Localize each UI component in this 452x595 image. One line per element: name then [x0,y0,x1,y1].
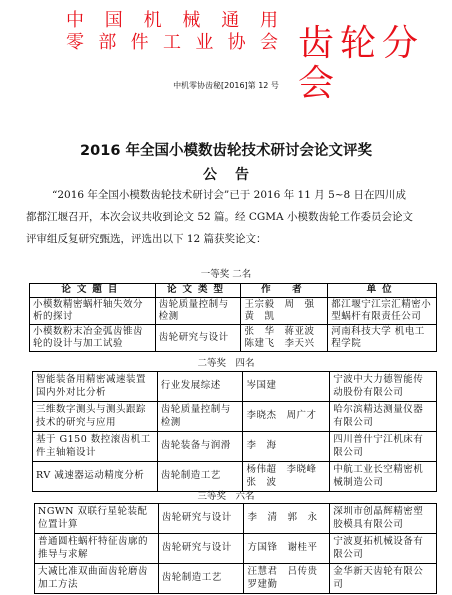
org-char: 部 [98,32,116,54]
table-row: 智能装备用精密减速装置国内外对比分析 行业发展综述 岑国建 宁波中大力德智能传动… [33,372,437,402]
org-line-1: 中 国 机 械 通 用 [66,10,278,32]
paper-affiliation: 哈尔滨精达测量仪器有限公司 [330,402,437,432]
body-line: 评审组反复研究甄选，评选出以下 12 篇获奖论文： [26,228,442,250]
org-char: 会 [260,32,278,54]
award-caption-second: 二等奖 四名 [0,355,452,369]
body-paragraph: “2016 年全国小模数齿轮技术研讨会”已于 2016 年 11 月 5~8 日… [26,184,442,250]
paper-authors: 岑国建 [243,372,330,402]
paper-title: 普通圆柱蜗杆特征齿廓的推导与求解 [35,534,159,564]
paper-affiliation: 宁波夏拓机械设备有限公司 [330,534,437,564]
table-header-row: 论文题目 论文类型 作 者 单位 [30,284,437,298]
page-subtitle: 公告 [0,164,452,184]
paper-type: 齿轮制造工艺 [157,462,243,492]
org-char: 机 [144,10,162,32]
paper-affiliation: 中航工业长空精密机械制造公司 [330,462,437,492]
page-title: 2016 年全国小模数齿轮技术研讨会论文评奖 [0,139,452,160]
org-char: 用 [260,10,278,32]
paper-type: 齿轮质量控制与检测 [157,402,243,432]
table-row: RV 减速器运动精度分析 齿轮制造工艺 杨伟超 李晓峰 张 波 中航工业长空精密… [33,462,437,492]
org-char: 业 [195,32,213,54]
paper-affiliation: 河南科技大学 机电工程学院 [328,325,437,352]
paper-title: NGWN 双联行星轮装配位置计算 [35,504,159,534]
column-header: 论文类型 [155,284,241,298]
paper-title: 小模数精密蜗杆轴失效分析的探讨 [30,298,156,325]
paper-title: 三维数字测头与测头跟踪技术的研究与应用 [33,402,158,432]
paper-affiliation: 金华新天齿轮有限公司 [330,564,437,594]
paper-type: 齿轮研究与设计 [158,534,244,564]
column-header: 单位 [328,284,437,298]
letterhead-org-name: 中 国 机 械 通 用 零 部 件 工 业 协 会 [66,10,278,54]
award-table-second: 智能装备用精密减速装置国内外对比分析 行业发展综述 岑国建 宁波中大力德智能传动… [32,371,437,492]
paper-authors: 李 海 [243,432,330,462]
paper-affiliation: 深圳市创晶辉精密塑胶模具有限公司 [330,504,437,534]
paper-title: 智能装备用精密减速装置国内外对比分析 [33,372,158,402]
paper-affiliation: 都江堰宁江宗汇精密小型蜗杆有限责任公司 [328,298,437,325]
award-table-first: 论文题目 论文类型 作 者 单位 小模数精密蜗杆轴失效分析的探讨 齿轮质量控制与… [29,283,437,352]
paper-affiliation: 四川普什宁江机床有限公司 [330,432,437,462]
paper-title: 大减比准双曲面齿轮磨齿加工方法 [35,564,159,594]
table-row: 三维数字测头与测头跟踪技术的研究与应用 齿轮质量控制与检测 李晓杰 周广才 哈尔… [33,402,437,432]
org-char: 工 [163,32,181,54]
table-row: 大减比准双曲面齿轮磨齿加工方法 齿轮制造工艺 汪慧君 吕传贵 罗建勤 金华新天齿… [35,564,437,594]
paper-type: 齿轮研究与设计 [155,325,241,352]
table-row: 小模数粉末冶金弧齿锥齿轮的设计与加工试验 齿轮研究与设计 张 华 蒋亚波 陈建飞… [30,325,437,352]
table-row: 小模数精密蜗杆轴失效分析的探讨 齿轮质量控制与检测 王宗毅 周 强 黄 凯 都江… [30,298,437,325]
body-line: 都都江堰召开，本次会议共收到论文 52 篇。经 CGMA 小模数齿轮工作委员会论… [26,206,442,228]
paper-authors: 汪慧君 吕传贵 罗建勤 [244,564,330,594]
document-number: 中机零协齿秘[2016]第 12 号 [0,80,452,91]
paper-type: 行业发展综述 [157,372,243,402]
org-char: 零 [66,32,84,54]
body-line: “2016 年全国小模数齿轮技术研讨会”已于 2016 年 11 月 5~8 日… [26,184,442,206]
table-row: NGWN 双联行星轮装配位置计算 齿轮研究与设计 李 清 郭 永 深圳市创晶辉精… [35,504,437,534]
paper-type: 齿轮装备与润滑 [157,432,243,462]
org-line-2: 零 部 件 工 业 协 会 [66,32,278,54]
table-row: 基于 G150 数控滚齿机工件主轴箱设计 齿轮装备与润滑 李 海 四川普什宁江机… [33,432,437,462]
org-char: 中 [66,10,84,32]
paper-type: 齿轮质量控制与检测 [155,298,241,325]
paper-authors: 王宗毅 周 强 黄 凯 [241,298,328,325]
paper-authors: 杨伟超 李晓峰 张 波 [243,462,330,492]
org-char: 协 [228,32,246,54]
paper-authors: 张 华 蒋亚波 陈建飞 李天兴 [241,325,328,352]
award-table-third: NGWN 双联行星轮装配位置计算 齿轮研究与设计 李 清 郭 永 深圳市创晶辉精… [34,503,437,594]
org-char: 件 [131,32,149,54]
org-char: 国 [105,10,123,32]
paper-title: RV 减速器运动精度分析 [33,462,158,492]
paper-title: 小模数粉末冶金弧齿锥齿轮的设计与加工试验 [30,325,156,352]
paper-type: 齿轮制造工艺 [158,564,244,594]
paper-authors: 李晓杰 周广才 [243,402,330,432]
org-char: 械 [182,10,200,32]
paper-type: 齿轮研究与设计 [158,504,244,534]
org-char: 通 [221,10,239,32]
column-header: 论文题目 [30,284,156,298]
paper-affiliation: 宁波中大力德智能传动股份有限公司 [330,372,437,402]
letterhead-branch: 齿轮分会 [298,24,452,104]
paper-authors: 李 清 郭 永 [244,504,330,534]
paper-title: 基于 G150 数控滚齿机工件主轴箱设计 [33,432,158,462]
table-row: 普通圆柱蜗杆特征齿廓的推导与求解 齿轮研究与设计 方国锋 谢桂平 宁波夏拓机械设… [35,534,437,564]
paper-authors: 方国锋 谢桂平 [244,534,330,564]
award-caption-first: 一等奖 二名 [0,266,452,280]
award-caption-third: 三等奖 六名 [0,488,452,502]
column-header: 作 者 [241,284,328,298]
